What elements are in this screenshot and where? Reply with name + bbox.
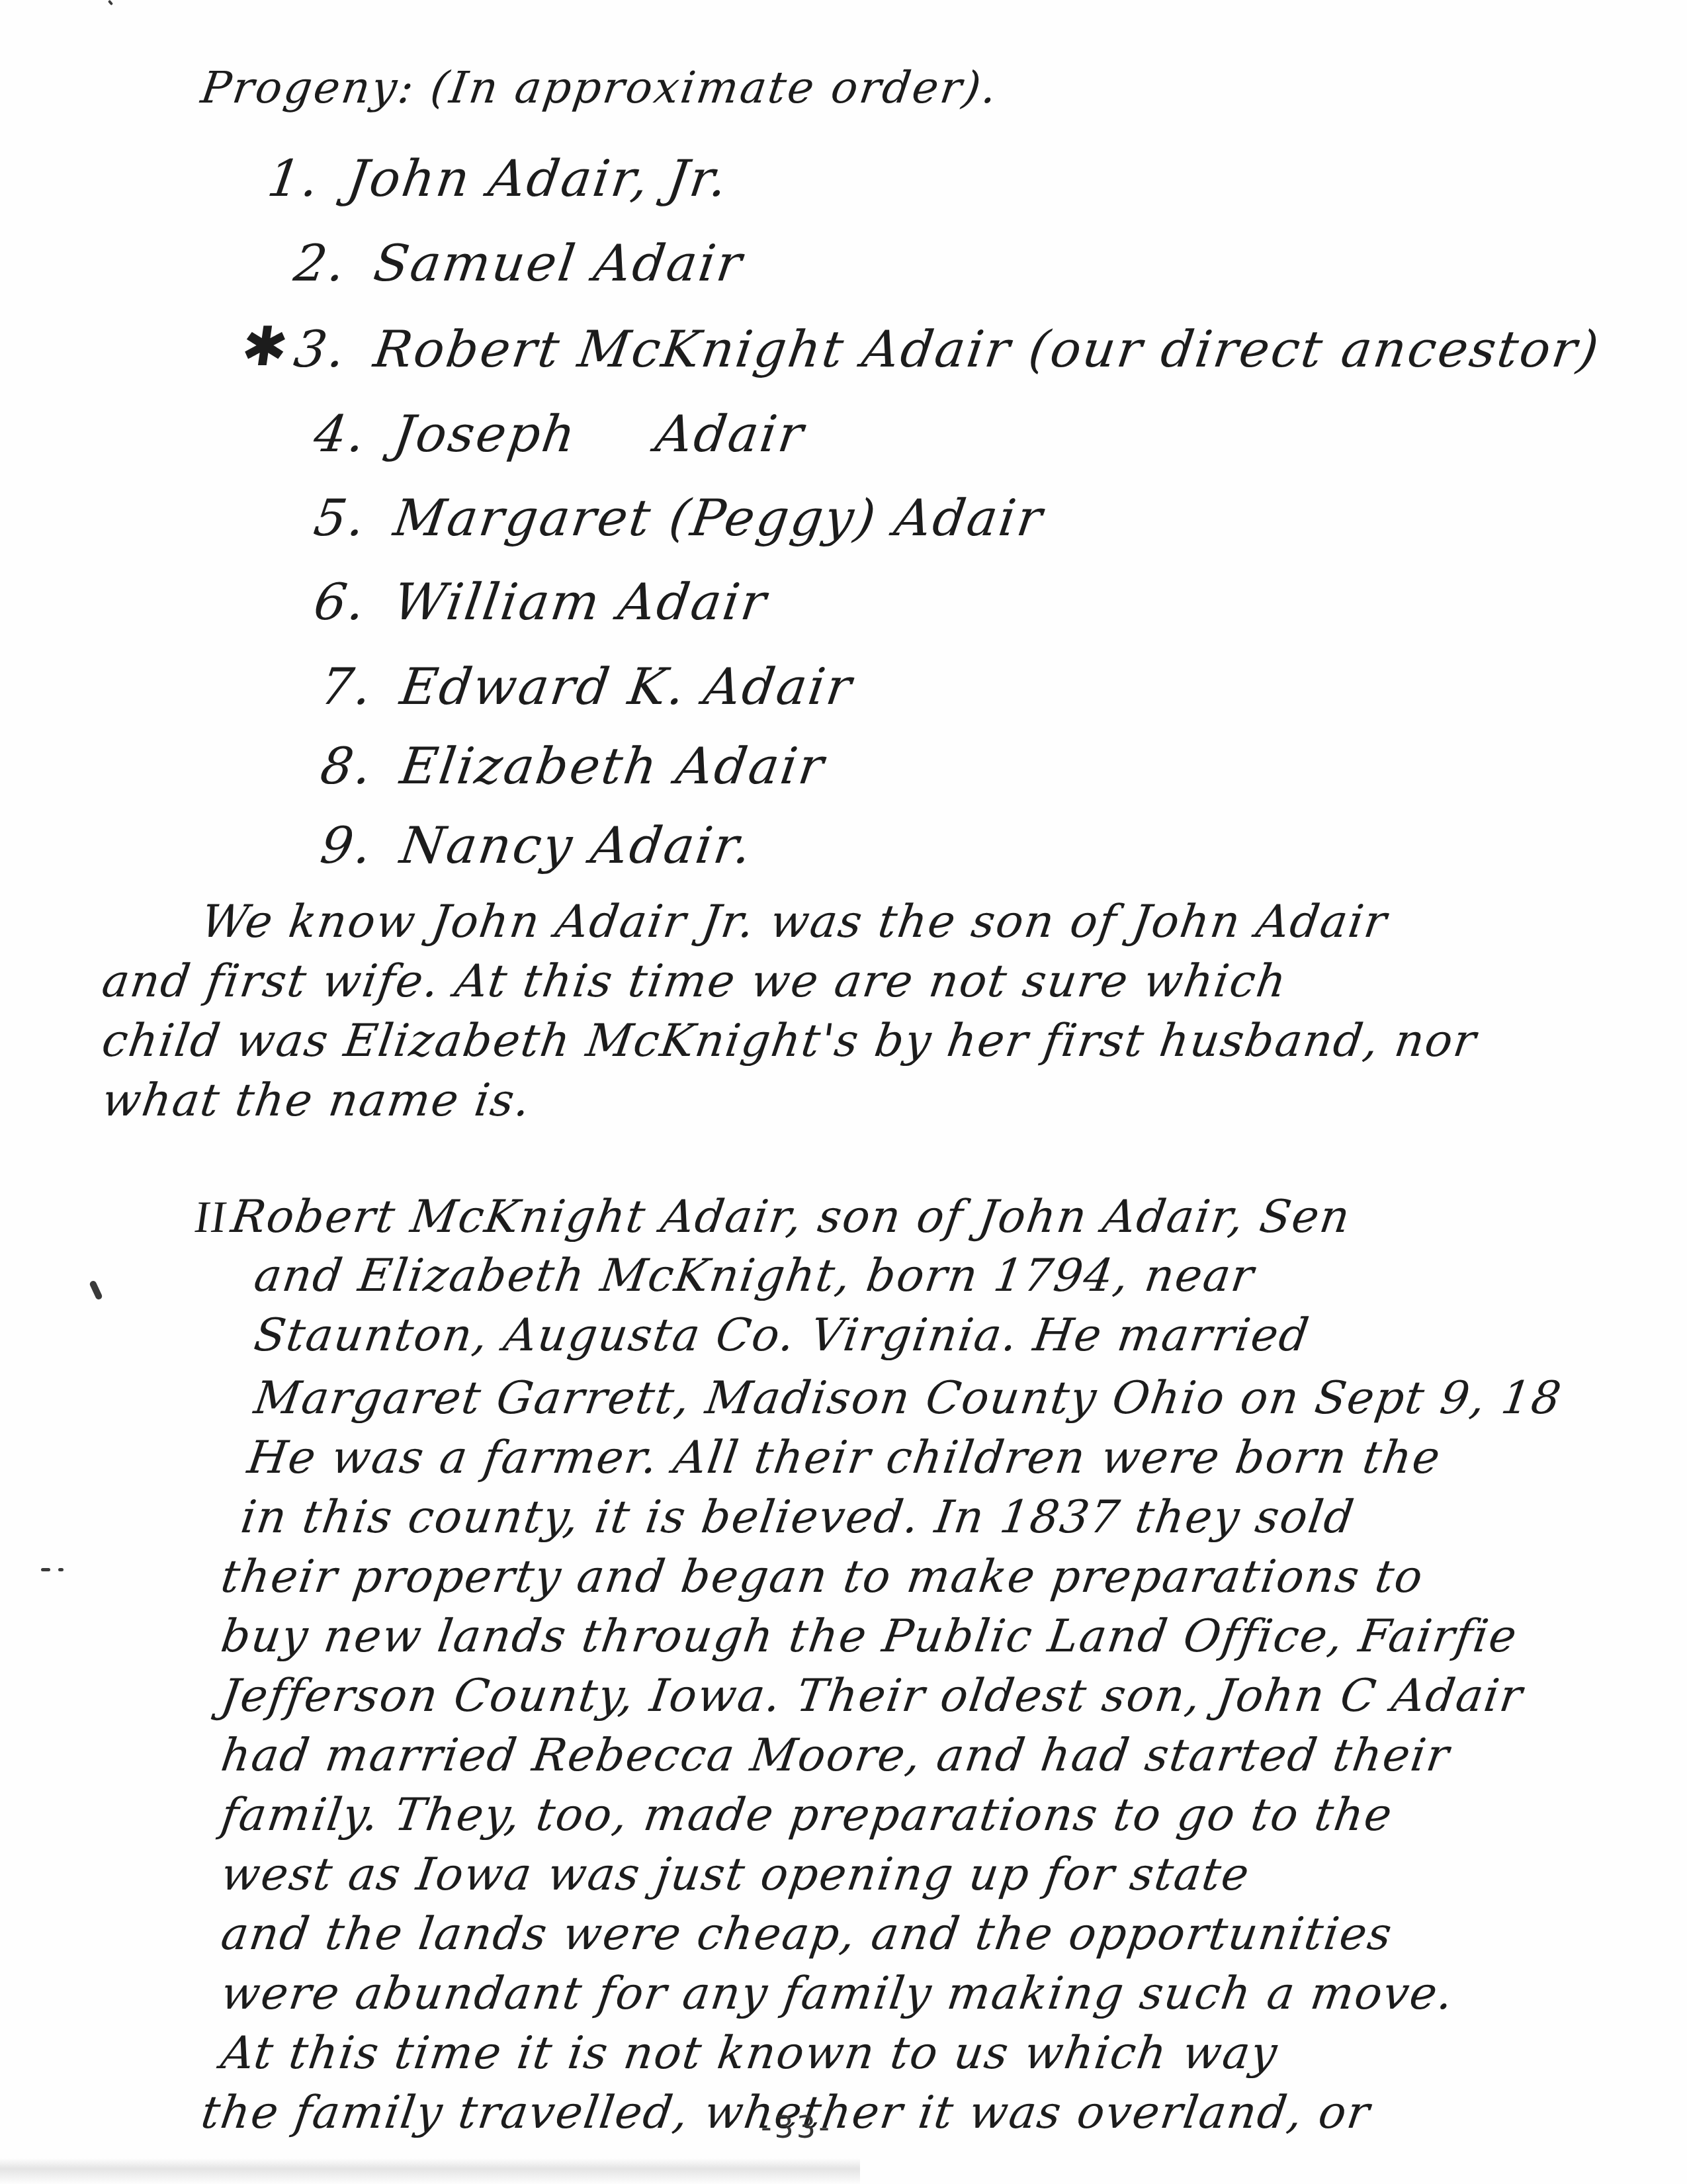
section-2-line: in this county, it is believed. In 1837 … [238, 1495, 1358, 1540]
progeny-item-9: 9.Nancy Adair. [318, 820, 756, 871]
scan-mark [108, 0, 113, 5]
item-number: 5. [311, 493, 370, 543]
item-name-suffix: Adair [652, 404, 808, 463]
section-2-line: Jefferson County, Iowa. Their oldest son… [218, 1674, 1526, 1719]
item-name: Margaret (Peggy) Adair [390, 488, 1048, 547]
section-numeral: II [192, 1192, 232, 1242]
paragraph-line: We know John Adair Jr. was the son of Jo… [198, 900, 1391, 945]
scan-shadow-edge [0, 2158, 860, 2184]
scan-mark [89, 1280, 103, 1300]
section-2-line: and Elizabeth McKnight, born 1794, near [251, 1254, 1258, 1299]
item-number: 6. [311, 577, 370, 627]
item-note: (our direct ancestor) [1025, 320, 1604, 378]
item-name: William Adair [390, 572, 772, 631]
section-2-line: Staunton, Augusta Co. Virginia. He marri… [251, 1313, 1313, 1358]
page-number: -33- [761, 2109, 832, 2145]
section-2-line: At this time it is not known to us which… [218, 2031, 1281, 2076]
item-name: Elizabeth Adair [397, 736, 830, 795]
scan-mark [41, 1568, 50, 1571]
document-page: Progeny: (In approximate order). 1.John … [0, 0, 1687, 2184]
item-name: Joseph [390, 404, 581, 463]
item-number: 9. [318, 820, 376, 871]
progeny-item-4: 4.JosephAdair [311, 409, 808, 459]
item-number: 2. [291, 238, 350, 288]
progeny-item-7: 7.Edward K. Adair [318, 662, 856, 712]
scan-mark [58, 1568, 64, 1571]
progeny-item-3: ✱ 3.Robert McKnight Adair (our direct an… [291, 324, 1604, 374]
progeny-item-1: 1.John Adair, Jr. [265, 153, 732, 204]
section-2-line: had married Rebecca Moore, and had start… [218, 1733, 1453, 1778]
progeny-item-8: 8.Elizabeth Adair [318, 741, 828, 791]
item-number: 1. [265, 153, 324, 204]
section-2-line: He was a farmer. All their children were… [245, 1436, 1444, 1481]
item-number: 3. [291, 324, 350, 374]
progeny-item-6: 6.William Adair [311, 577, 771, 627]
section-2-line: west as Iowa was just opening up for sta… [218, 1853, 1253, 1898]
item-name: Edward K. Adair [397, 657, 857, 716]
item-name: Nancy Adair. [397, 816, 757, 875]
section-2-line: were abundant for any family making such… [218, 1972, 1457, 2017]
item-number: 4. [311, 409, 370, 459]
item-number: 7. [318, 662, 376, 712]
item-name: Samuel Adair [370, 234, 748, 292]
paragraph-line: what the name is. [99, 1078, 534, 1123]
progeny-item-2: 2.Samuel Adair [291, 238, 747, 288]
section-2-line: buy new lands through the Public Land Of… [218, 1614, 1520, 1659]
section-2-line: their property and began to make prepara… [218, 1555, 1426, 1600]
item-name: John Adair, Jr. [344, 149, 733, 208]
star-marker-icon: ✱ [238, 320, 293, 374]
progeny-heading: Progeny: (In approximate order). [198, 66, 1001, 110]
section-2-line-1: IIRobert McKnight Adair, son of John Ada… [192, 1194, 1354, 1240]
section-2-line: Margaret Garrett, Madison County Ohio on… [251, 1376, 1565, 1421]
item-number: 8. [318, 741, 376, 791]
item-name: Robert McKnight Adair [370, 320, 1016, 378]
paragraph-line: child was Elizabeth McKnight's by her fi… [99, 1019, 1480, 1064]
paragraph-line: and first wife. At this time we are not … [99, 959, 1290, 1004]
section-2-line: family. They, too, made preparations to … [218, 1793, 1396, 1838]
progeny-item-5: 5.Margaret (Peggy) Adair [311, 493, 1047, 543]
section-2-line: and the lands were cheap, and the opport… [218, 1912, 1395, 1957]
